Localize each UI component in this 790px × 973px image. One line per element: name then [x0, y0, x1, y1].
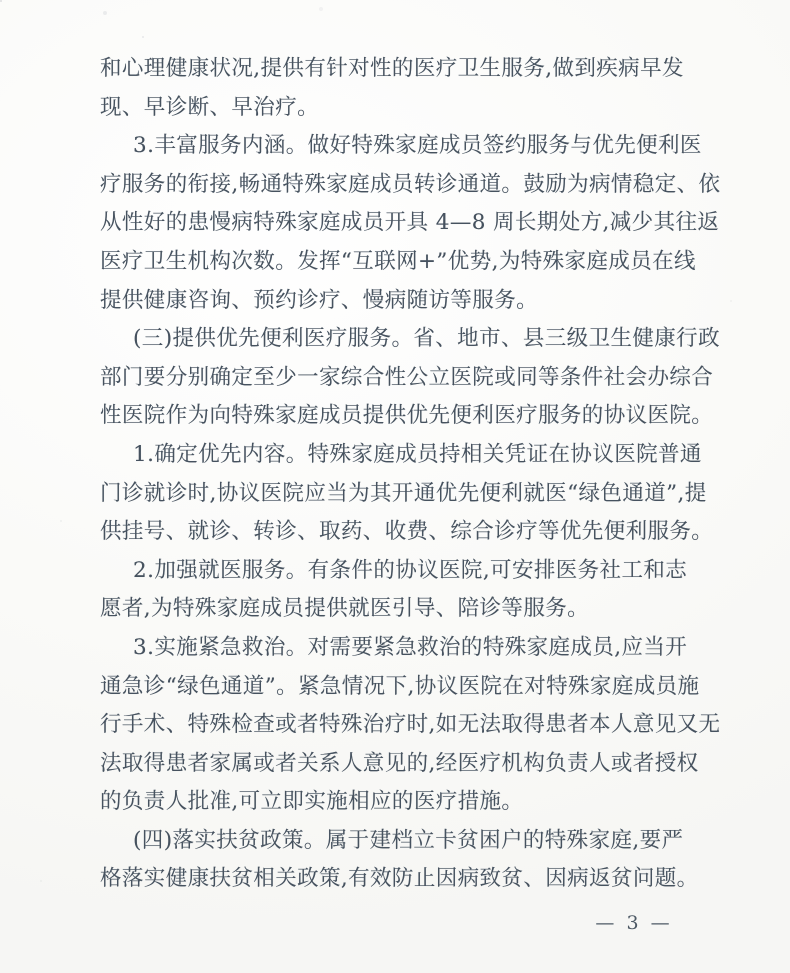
- text-line: 疗服务的衔接,畅通特殊家庭成员转诊通道。鼓励为病情稳定、依: [100, 166, 712, 205]
- text-line: 门诊就诊时,协议医院应当为其开通优先便利就医“绿色通道”,提: [100, 475, 712, 514]
- text-line: 愿者,为特殊家庭成员提供就医引导、陪诊等服务。: [100, 590, 712, 629]
- text-line: 从性好的患慢病特殊家庭成员开具 4—8 周长期处方,减少其往返: [100, 204, 712, 243]
- text-line: 3.实施紧急救治。对需要紧急救治的特殊家庭成员,应当开: [100, 629, 712, 668]
- text-line: 1.确定优先内容。特殊家庭成员持相关凭证在协议医院普通: [100, 436, 712, 475]
- text-line: 性医院作为向特殊家庭成员提供优先便利医疗服务的协议医院。: [100, 397, 712, 436]
- text-line: 医疗卫生机构次数。发挥“互联网+”优势,为特殊家庭成员在线: [100, 243, 712, 282]
- text-line: 的负责人批准,可立即实施相应的医疗措施。: [100, 783, 712, 822]
- text-line: 提供健康咨询、预约诊疗、慢病随访等服务。: [100, 282, 712, 321]
- text-line: (三)提供优先便利医疗服务。省、地市、县三级卫生健康行政: [100, 320, 712, 359]
- text-line: (四)落实扶贫政策。属于建档立卡贫困户的特殊家庭,要严: [100, 822, 712, 861]
- text-line: 现、早诊断、早治疗。: [100, 89, 712, 128]
- text-line: 和心理健康状况,提供有针对性的医疗卫生服务,做到疾病早发: [100, 50, 712, 89]
- text-line: 部门要分别确定至少一家综合性公立医院或同等条件社会办综合: [100, 359, 712, 398]
- text-line: 格落实健康扶贫相关政策,有效防止因病致贫、因病返贫问题。: [100, 860, 712, 899]
- text-line: 3.丰富服务内涵。做好特殊家庭成员签约服务与优先便利医: [100, 127, 712, 166]
- text-line: 供挂号、就诊、转诊、取药、收费、综合诊疗等优先便利服务。: [100, 513, 712, 552]
- document-page: 和心理健康状况,提供有针对性的医疗卫生服务,做到疾病早发 现、早诊断、早治疗。 …: [0, 0, 790, 973]
- document-body: 和心理健康状况,提供有针对性的医疗卫生服务,做到疾病早发 现、早诊断、早治疗。 …: [100, 50, 712, 899]
- text-line: 2.加强就医服务。有条件的协议医院,可安排医务社工和志: [100, 552, 712, 591]
- text-line: 通急诊“绿色通道”。紧急情况下,协议医院在对特殊家庭成员施: [100, 668, 712, 707]
- page-number: — 3 —: [588, 908, 680, 938]
- text-line: 行手术、特殊检查或者特殊治疗时,如无法取得患者本人意见又无: [100, 706, 712, 745]
- text-line: 法取得患者家属或者关系人意见的,经医疗机构负责人或者授权: [100, 745, 712, 784]
- scan-noise-speck: [0, 0, 2, 2]
